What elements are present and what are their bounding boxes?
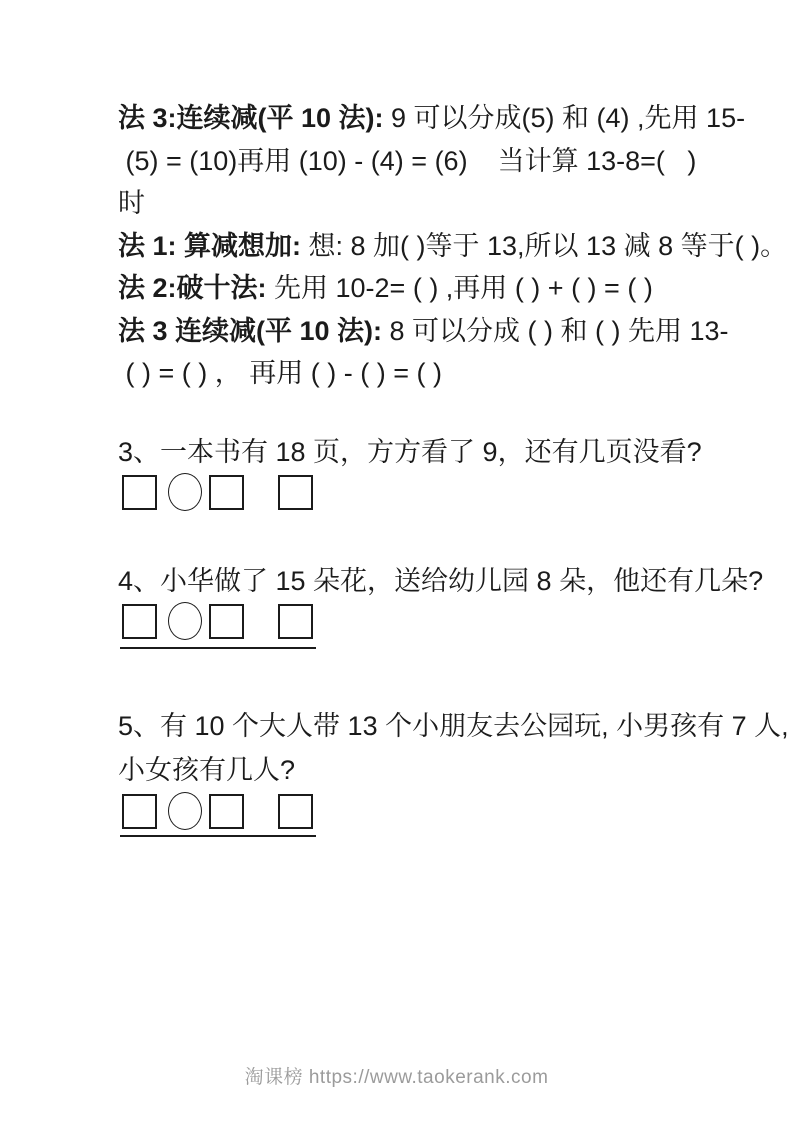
worksheet-page: 法 3:连续减(平 10 法): 9 可以分成(5) 和 (4) ,先用 15-…: [0, 0, 793, 1122]
method-line-4-bold: 法 1: 算减想加:: [118, 231, 309, 261]
method-line-6-text: 8 可以分成 ( ) 和 ( ) 先用 13-: [390, 316, 729, 346]
method-line-6-bold: 法 3 连续减(平 10 法):: [118, 316, 390, 346]
problem-5-answer-shapes: [118, 792, 758, 830]
method-line-1: 法 3:连续减(平 10 法): 9 可以分成(5) 和 (4) ,先用 15-: [118, 97, 758, 140]
method-line-5: 法 2:破十法: 先用 10-2= ( ) ,再用 ( ) + ( ) = ( …: [118, 267, 758, 310]
answer-box-square-1: [122, 475, 157, 510]
problem-4-section: 4、小华做了 15 朵花，送给幼儿园 8 朵，他还有几朵?: [118, 566, 758, 649]
answer-box-square-3: [278, 475, 313, 510]
methods-section: 法 3:连续减(平 10 法): 9 可以分成(5) 和 (4) ,先用 15-…: [118, 97, 758, 395]
method-line-6: 法 3 连续减(平 10 法): 8 可以分成 ( ) 和 ( ) 先用 13-: [118, 310, 758, 353]
problem-3-text: 3、一本书有 18 页，方方看了 9，还有几页没看?: [118, 437, 758, 467]
problem-5-section: 5、有 10 个大人带 13 个小朋友去公园玩, 小男孩有 7 人, 小女孩有几…: [118, 704, 758, 837]
method-line-3-text: 时: [118, 188, 145, 218]
problem-4-answer-shapes: [118, 602, 758, 640]
problem-3-answer-shapes: [118, 473, 758, 511]
problem-5-text-line2: 小女孩有几人?: [118, 748, 758, 792]
method-line-3: 时: [118, 182, 758, 225]
answer-box-circle: [168, 602, 202, 640]
answer-box-circle: [168, 792, 202, 830]
method-line-5-bold: 法 2:破十法:: [118, 273, 274, 303]
answer-underline: [120, 835, 316, 837]
method-line-1-bold: 法 3:连续减(平 10 法):: [118, 103, 391, 133]
answer-box-square-1: [122, 604, 157, 639]
answer-box-square-3: [278, 604, 313, 639]
answer-box-square-2: [209, 604, 244, 639]
method-line-7-text: ( ) = ( ) ， 再用 ( ) - ( ) = ( ): [118, 358, 442, 388]
method-line-5-text: 先用 10-2= ( ) ,再用 ( ) + ( ) = ( ): [274, 273, 653, 303]
footer-credit: 淘课榜 https://www.taokerank.com: [0, 1062, 793, 1089]
method-line-1-text: 9 可以分成(5) 和 (4) ,先用 15-: [391, 103, 745, 133]
answer-underline: [120, 647, 316, 649]
answer-box-square-1: [122, 794, 157, 829]
problem-5-text-line1: 5、有 10 个大人带 13 个小朋友去公园玩, 小男孩有 7 人,: [118, 704, 758, 748]
method-line-4: 法 1: 算减想加: 想: 8 加( )等于 13,所以 13 减 8 等于( …: [118, 225, 758, 268]
problem-4-text: 4、小华做了 15 朵花，送给幼儿园 8 朵，他还有几朵?: [118, 566, 758, 596]
problem-3-section: 3、一本书有 18 页，方方看了 9，还有几页没看?: [118, 437, 758, 511]
method-line-2-text: (5) = (10)再用 (10) - (4) = (6) 当计算 13-8=(…: [118, 146, 696, 176]
answer-box-square-3: [278, 794, 313, 829]
method-line-2: (5) = (10)再用 (10) - (4) = (6) 当计算 13-8=(…: [118, 140, 758, 183]
answer-box-square-2: [209, 475, 244, 510]
method-line-7: ( ) = ( ) ， 再用 ( ) - ( ) = ( ): [118, 352, 758, 395]
answer-box-circle: [168, 473, 202, 511]
method-line-4-text: 想: 8 加( )等于 13,所以 13 减 8 等于( )。: [309, 231, 788, 261]
answer-box-square-2: [209, 794, 244, 829]
